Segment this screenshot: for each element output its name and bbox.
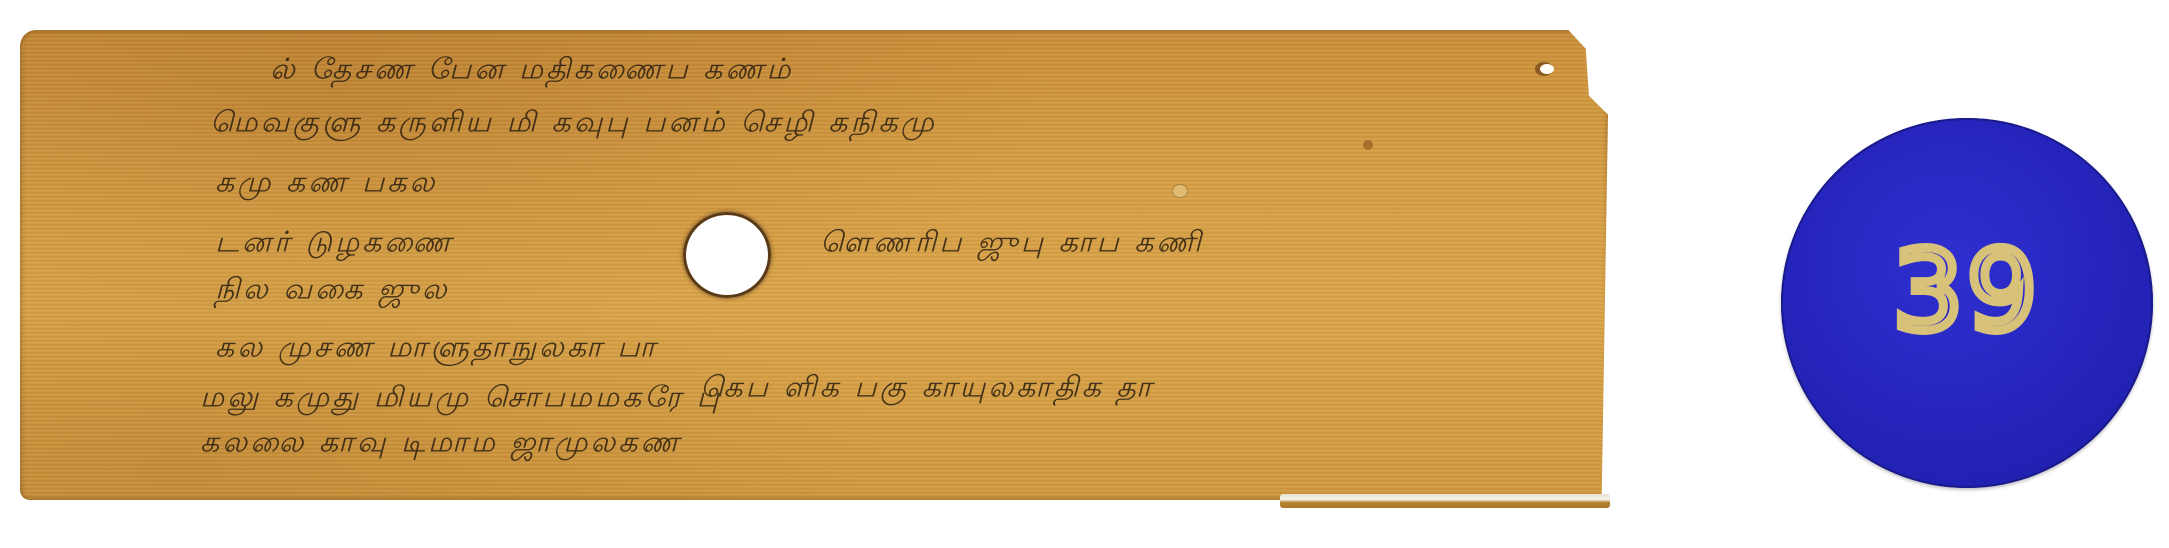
manuscript-line-7: மலு கமுது மியமு சொபமமகரே பு xyxy=(200,381,722,418)
manuscript-line-10: கெப ளிக பகு காயுலகாதிக தா xyxy=(700,371,1155,408)
leaf-frayed-edge xyxy=(1280,494,1610,508)
manuscript-line-9: ளெணரிப ஜுபு காப கணி xyxy=(820,226,1204,263)
string-hole-center xyxy=(683,212,771,298)
manuscript-line-5: நில வகை ஜுல xyxy=(215,273,450,310)
numbered-token: 39 xyxy=(1781,118,2153,488)
stain-spot xyxy=(1363,140,1373,150)
manuscript-line-1: ல் தேசண பேன மதிகணைப கணம் xyxy=(270,53,794,90)
manuscript-line-6: கல முசண மாளுதாநுலகா பா xyxy=(215,331,658,368)
manuscript-line-3: கமு கண பகல xyxy=(215,166,437,203)
manuscript-line-4: டனர் டுழகணை xyxy=(215,226,454,263)
stain-spot xyxy=(1172,184,1188,198)
token-number: 39 xyxy=(1781,236,2153,346)
string-hole-right xyxy=(1540,64,1554,74)
manuscript-line-2: மெவகுளு கருளிய மி கவுபு பனம் செழி கநிகமு xyxy=(210,106,937,143)
manuscript-line-8: கலலை காவு டிமாம ஜாமுலகண xyxy=(200,426,682,463)
